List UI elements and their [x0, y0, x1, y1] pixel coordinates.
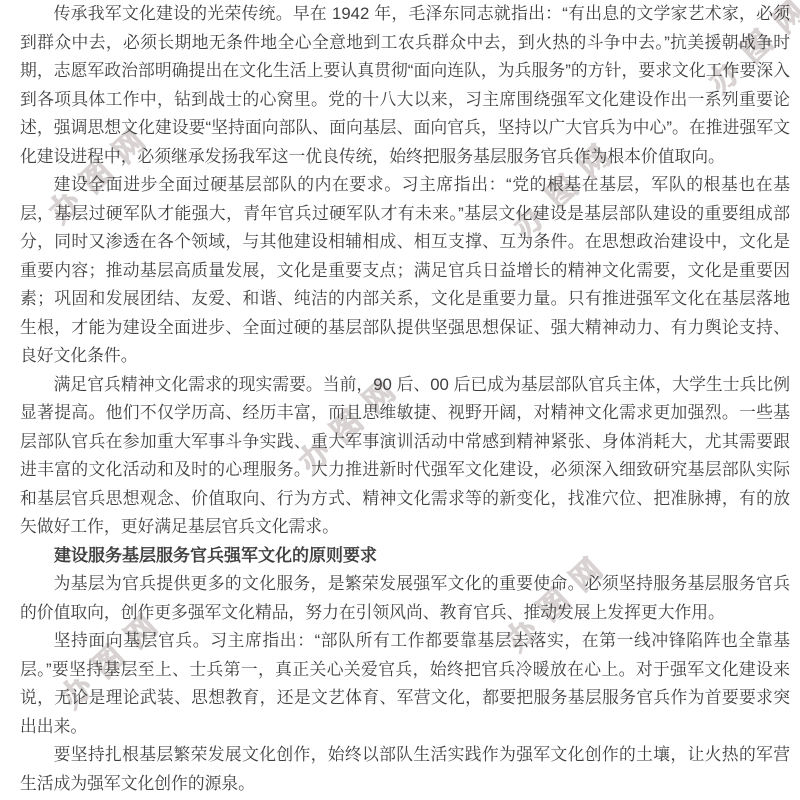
document-page: 办图网 办图网 办图网 办图网 办图网 办图网 传承我军文化建设的光荣传统。早在… — [0, 0, 800, 800]
paragraph-clipped-bottom: 要坚持扎根基层繁荣发展文化创作，始终以部队生活实践作为强军文化创作的土壤，让火热… — [20, 741, 790, 798]
paragraph-tradition: 传承我军文化建设的光荣传统。早在 1942 年，毛泽东同志就指出：“有出息的文学… — [20, 0, 790, 171]
paragraph-face-grassroots: 坚持面向基层官兵。习主席指出：“部队所有工作都要靠基层去落实，在第一线冲锋陷阵也… — [20, 627, 790, 741]
document-content: 传承我军文化建设的光荣传统。早在 1942 年，毛泽东同志就指出：“有出息的文学… — [0, 0, 800, 798]
paragraph-grassroots-units: 建设全面进步全面过硬基层部队的内在要求。习主席指出：“党的根基在基层，军队的根基… — [20, 171, 790, 371]
paragraph-mission: 为基层为官兵提供更多的文化服务，是繁荣发展强军文化的重要使命。必须坚持服务基层服… — [20, 570, 790, 627]
paragraph-cultural-needs: 满足官兵精神文化需求的现实需要。当前，90 后、00 后已成为基层部队官兵主体，… — [20, 371, 790, 542]
section-heading: 建设服务基层服务官兵强军文化的原则要求 — [20, 542, 790, 571]
